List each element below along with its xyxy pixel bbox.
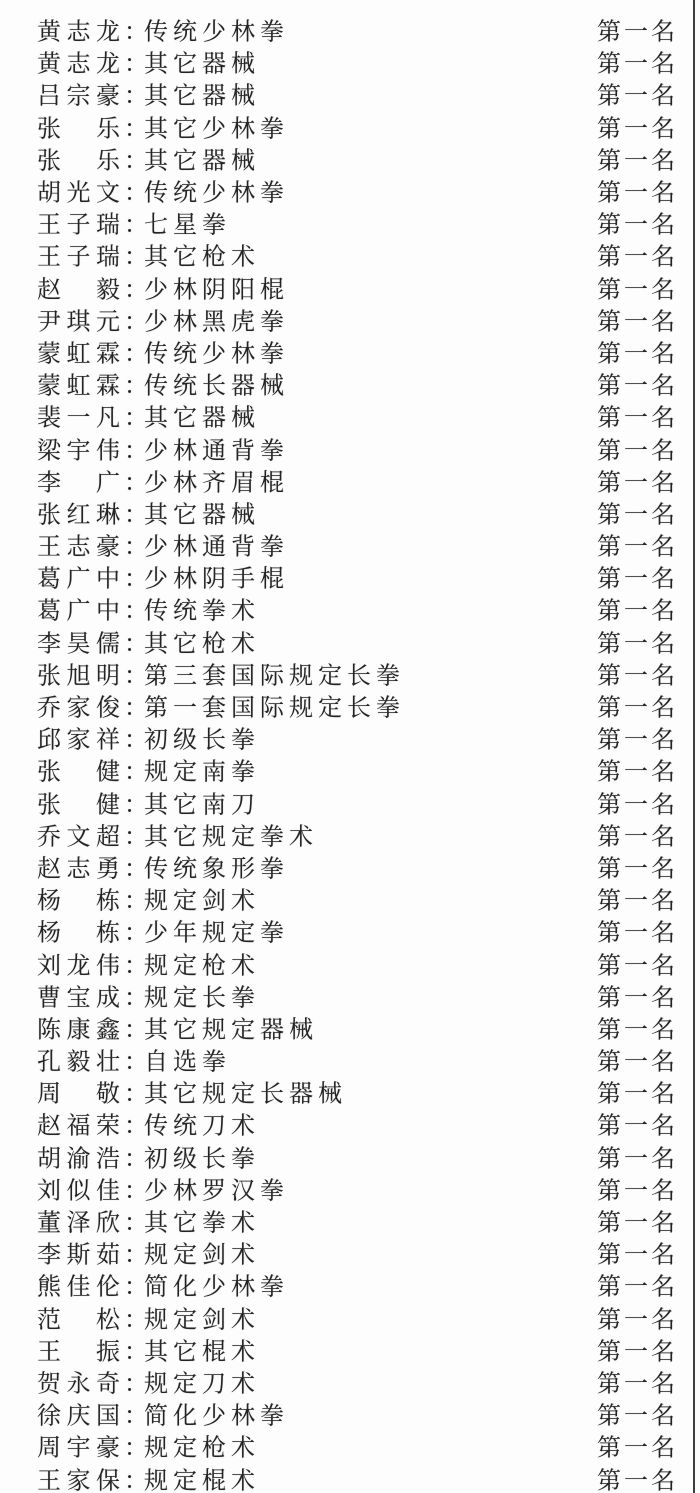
athlete-name: 刘似佳	[37, 1170, 126, 1205]
athlete-name: 孔毅壮	[37, 1042, 126, 1077]
result-row: 刘似佳 ： 少林罗汉拳 第一名	[0, 1172, 700, 1204]
rank-label: 第一名	[597, 977, 678, 1012]
rank-label: 第一名	[597, 784, 678, 819]
rank-label: 第一名	[597, 1138, 678, 1173]
result-row: 董泽欣 ： 其它拳术 第一名	[0, 1204, 700, 1236]
athlete-name: 王家保	[37, 1460, 126, 1493]
event-name: 其它拳术	[144, 1203, 260, 1238]
rank-label: 第一名	[597, 623, 678, 658]
athlete-name: 杨 栋	[37, 881, 126, 916]
athlete-name: 尹琪元	[37, 301, 126, 336]
event-name: 第三套国际规定长拳	[144, 655, 405, 690]
page-right-border	[693, 0, 695, 1493]
event-name: 其它器械	[144, 494, 260, 529]
event-name: 传统刀术	[144, 1106, 260, 1141]
event-name: 少林黑虎拳	[144, 301, 289, 336]
result-row: 赵福荣 ： 传统刀术 第一名	[0, 1107, 700, 1139]
athlete-name: 乔文超	[37, 816, 126, 851]
rank-label: 第一名	[597, 1331, 678, 1366]
result-row: 曹宝成 ： 规定长拳 第一名	[0, 979, 700, 1011]
rank-label: 第一名	[597, 398, 678, 433]
result-row: 张 乐 ： 其它器械 第一名	[0, 142, 700, 174]
result-row: 王 振 ： 其它棍术 第一名	[0, 1333, 700, 1365]
athlete-name: 张旭明	[37, 655, 126, 690]
rank-label: 第一名	[597, 1170, 678, 1205]
rank-label: 第一名	[597, 140, 678, 175]
result-row: 周宇豪 ： 规定枪术 第一名	[0, 1429, 700, 1461]
event-name: 传统少林拳	[144, 12, 289, 47]
athlete-name: 张红琳	[37, 494, 126, 529]
event-name: 规定枪术	[144, 945, 260, 980]
result-row: 刘龙伟 ： 规定枪术 第一名	[0, 946, 700, 978]
rank-label: 第一名	[597, 945, 678, 980]
event-name: 第一套国际规定长拳	[144, 688, 405, 723]
rank-label: 第一名	[597, 527, 678, 562]
athlete-name: 张 乐	[37, 108, 126, 143]
result-row: 熊佳伦 ： 简化少林拳 第一名	[0, 1268, 700, 1300]
rank-label: 第一名	[597, 1396, 678, 1431]
event-name: 其它枪术	[144, 237, 260, 272]
event-name: 初级长拳	[144, 1138, 260, 1173]
athlete-name: 王子瑞	[37, 237, 126, 272]
result-row: 王志豪 ： 少林通背拳 第一名	[0, 528, 700, 560]
rank-label: 第一名	[597, 1106, 678, 1141]
athlete-name: 李斯茹	[37, 1235, 126, 1270]
rank-label: 第一名	[597, 1460, 678, 1493]
event-name: 其它棍术	[144, 1331, 260, 1366]
event-name: 规定枪术	[144, 1428, 260, 1463]
rank-label: 第一名	[597, 301, 678, 336]
event-name: 传统少林拳	[144, 333, 289, 368]
rank-label: 第一名	[597, 462, 678, 497]
result-row: 周 敬 ： 其它规定长器械 第一名	[0, 1075, 700, 1107]
event-name: 少林通背拳	[144, 430, 289, 465]
rank-label: 第一名	[597, 688, 678, 723]
rank-label: 第一名	[597, 1363, 678, 1398]
result-row: 黄志龙 ： 传统少林拳 第一名	[0, 13, 700, 45]
rank-label: 第一名	[597, 1074, 678, 1109]
event-name: 其它器械	[144, 398, 260, 433]
result-row: 李 广 ： 少林齐眉棍 第一名	[0, 464, 700, 496]
event-name: 规定刀术	[144, 1363, 260, 1398]
event-name: 传统少林拳	[144, 173, 289, 208]
result-row: 胡光文 ： 传统少林拳 第一名	[0, 174, 700, 206]
athlete-name: 吕宗豪	[37, 76, 126, 111]
results-list: 黄志龙 ： 传统少林拳 第一名 黄志龙 ： 其它器械 第一名 吕宗豪 ： 其它器…	[0, 13, 700, 1493]
athlete-name: 李 广	[37, 462, 126, 497]
result-row: 吕宗豪 ： 其它器械 第一名	[0, 77, 700, 109]
result-row: 张旭明 ： 第三套国际规定长拳 第一名	[0, 657, 700, 689]
rank-label: 第一名	[597, 559, 678, 594]
athlete-name: 曹宝成	[37, 977, 126, 1012]
rank-label: 第一名	[597, 173, 678, 208]
athlete-name: 徐庆国	[37, 1396, 126, 1431]
rank-label: 第一名	[597, 333, 678, 368]
event-name: 少林阴阳棍	[144, 269, 289, 304]
rank-label: 第一名	[597, 12, 678, 47]
rank-label: 第一名	[597, 269, 678, 304]
athlete-name: 梁宇伟	[37, 430, 126, 465]
result-row: 范 松 ： 规定剑术 第一名	[0, 1301, 700, 1333]
result-row: 王子瑞 ： 其它枪术 第一名	[0, 238, 700, 270]
rank-label: 第一名	[597, 1299, 678, 1334]
athlete-name: 赵福荣	[37, 1106, 126, 1141]
event-name: 传统拳术	[144, 591, 260, 626]
result-row: 王家保 ： 规定棍术 第一名	[0, 1461, 700, 1493]
athlete-name: 熊佳伦	[37, 1267, 126, 1302]
athlete-name: 蒙虹霖	[37, 333, 126, 368]
event-name: 少林罗汉拳	[144, 1170, 289, 1205]
rank-label: 第一名	[597, 591, 678, 626]
event-name: 其它南刀	[144, 784, 260, 819]
result-row: 赵志勇 ： 传统象形拳 第一名	[0, 850, 700, 882]
event-name: 其它规定长器械	[144, 1074, 347, 1109]
result-row: 张 健 ： 规定南拳 第一名	[0, 753, 700, 785]
rank-label: 第一名	[597, 1235, 678, 1270]
result-row: 蒙虹霖 ： 传统长器械 第一名	[0, 367, 700, 399]
event-name: 其它器械	[144, 140, 260, 175]
event-name: 简化少林拳	[144, 1267, 289, 1302]
result-row: 王子瑞 ： 七星拳 第一名	[0, 206, 700, 238]
event-name: 其它少林拳	[144, 108, 289, 143]
athlete-name: 王志豪	[37, 527, 126, 562]
event-name: 少林阴手棍	[144, 559, 289, 594]
event-name: 规定长拳	[144, 977, 260, 1012]
result-row: 蒙虹霖 ： 传统少林拳 第一名	[0, 335, 700, 367]
result-row: 乔文超 ： 其它规定拳术 第一名	[0, 818, 700, 850]
athlete-name: 李昊儒	[37, 623, 126, 658]
result-row: 乔家俊 ： 第一套国际规定长拳 第一名	[0, 689, 700, 721]
athlete-name: 周 敬	[37, 1074, 126, 1109]
rank-label: 第一名	[597, 1042, 678, 1077]
rank-label: 第一名	[597, 881, 678, 916]
athlete-name: 胡光文	[37, 173, 126, 208]
athlete-name: 葛广中	[37, 559, 126, 594]
event-name: 少年规定拳	[144, 913, 289, 948]
athlete-name: 王子瑞	[37, 205, 126, 240]
athlete-name: 黄志龙	[37, 44, 126, 79]
result-row: 赵 毅 ： 少林阴阳棍 第一名	[0, 271, 700, 303]
rank-label: 第一名	[597, 848, 678, 883]
rank-label: 第一名	[597, 1428, 678, 1463]
rank-label: 第一名	[597, 655, 678, 690]
event-name: 其它枪术	[144, 623, 260, 658]
rank-label: 第一名	[597, 1203, 678, 1238]
event-name: 少林齐眉棍	[144, 462, 289, 497]
event-name: 自选拳	[144, 1042, 231, 1077]
athlete-name: 邱家祥	[37, 720, 126, 755]
event-name: 其它器械	[144, 44, 260, 79]
event-name: 其它规定器械	[144, 1009, 318, 1044]
athlete-name: 葛广中	[37, 591, 126, 626]
rank-label: 第一名	[597, 720, 678, 755]
athlete-name: 杨 栋	[37, 913, 126, 948]
event-name: 其它器械	[144, 76, 260, 111]
event-name: 规定南拳	[144, 752, 260, 787]
rank-label: 第一名	[597, 76, 678, 111]
athlete-name: 王 振	[37, 1331, 126, 1366]
result-row: 梁宇伟 ： 少林通背拳 第一名	[0, 431, 700, 463]
rank-label: 第一名	[597, 494, 678, 529]
rank-label: 第一名	[597, 430, 678, 465]
athlete-name: 赵志勇	[37, 848, 126, 883]
event-name: 规定剑术	[144, 881, 260, 916]
athlete-name: 张 健	[37, 784, 126, 819]
rank-label: 第一名	[597, 1009, 678, 1044]
event-name: 规定剑术	[144, 1299, 260, 1334]
result-row: 贺永奇 ： 规定刀术 第一名	[0, 1365, 700, 1397]
result-row: 张 乐 ： 其它少林拳 第一名	[0, 110, 700, 142]
rank-label: 第一名	[597, 108, 678, 143]
athlete-name: 乔家俊	[37, 688, 126, 723]
athlete-name: 裴一凡	[37, 398, 126, 433]
result-row: 张红琳 ： 其它器械 第一名	[0, 496, 700, 528]
event-name: 七星拳	[144, 205, 231, 240]
athlete-name: 陈康鑫	[37, 1009, 126, 1044]
event-name: 其它规定拳术	[144, 816, 318, 851]
athlete-name: 赵 毅	[37, 269, 126, 304]
athlete-name: 黄志龙	[37, 12, 126, 47]
athlete-name: 周宇豪	[37, 1428, 126, 1463]
event-name: 传统长器械	[144, 366, 289, 401]
event-name: 规定棍术	[144, 1460, 260, 1493]
result-row: 李斯茹 ： 规定剑术 第一名	[0, 1236, 700, 1268]
rank-label: 第一名	[597, 816, 678, 851]
result-row: 黄志龙 ： 其它器械 第一名	[0, 45, 700, 77]
result-row: 杨 栋 ： 规定剑术 第一名	[0, 882, 700, 914]
rank-label: 第一名	[597, 44, 678, 79]
athlete-name: 贺永奇	[37, 1363, 126, 1398]
event-name: 初级长拳	[144, 720, 260, 755]
event-name: 简化少林拳	[144, 1396, 289, 1431]
result-row: 张 健 ： 其它南刀 第一名	[0, 786, 700, 818]
event-name: 少林通背拳	[144, 527, 289, 562]
event-name: 传统象形拳	[144, 848, 289, 883]
result-row: 孔毅壮 ： 自选拳 第一名	[0, 1043, 700, 1075]
rank-label: 第一名	[597, 366, 678, 401]
athlete-name: 胡渝浩	[37, 1138, 126, 1173]
result-row: 陈康鑫 ： 其它规定器械 第一名	[0, 1011, 700, 1043]
result-row: 胡渝浩 ： 初级长拳 第一名	[0, 1140, 700, 1172]
result-row: 李昊儒 ： 其它枪术 第一名	[0, 625, 700, 657]
rank-label: 第一名	[597, 913, 678, 948]
result-row: 杨 栋 ： 少年规定拳 第一名	[0, 914, 700, 946]
scanned-results-document: 黄志龙 ： 传统少林拳 第一名 黄志龙 ： 其它器械 第一名 吕宗豪 ： 其它器…	[0, 0, 700, 1493]
event-name: 规定剑术	[144, 1235, 260, 1270]
result-row: 葛广中 ： 传统拳术 第一名	[0, 592, 700, 624]
result-row: 尹琪元 ： 少林黑虎拳 第一名	[0, 303, 700, 335]
athlete-name: 蒙虹霖	[37, 366, 126, 401]
result-row: 裴一凡 ： 其它器械 第一名	[0, 399, 700, 431]
result-row: 徐庆国 ： 简化少林拳 第一名	[0, 1397, 700, 1429]
result-row: 葛广中 ： 少林阴手棍 第一名	[0, 560, 700, 592]
rank-label: 第一名	[597, 752, 678, 787]
athlete-name: 董泽欣	[37, 1203, 126, 1238]
athlete-name: 张 健	[37, 752, 126, 787]
rank-label: 第一名	[597, 237, 678, 272]
rank-label: 第一名	[597, 205, 678, 240]
athlete-name: 范 松	[37, 1299, 126, 1334]
athlete-name: 张 乐	[37, 140, 126, 175]
rank-label: 第一名	[597, 1267, 678, 1302]
athlete-name: 刘龙伟	[37, 945, 126, 980]
result-row: 邱家祥 ： 初级长拳 第一名	[0, 721, 700, 753]
